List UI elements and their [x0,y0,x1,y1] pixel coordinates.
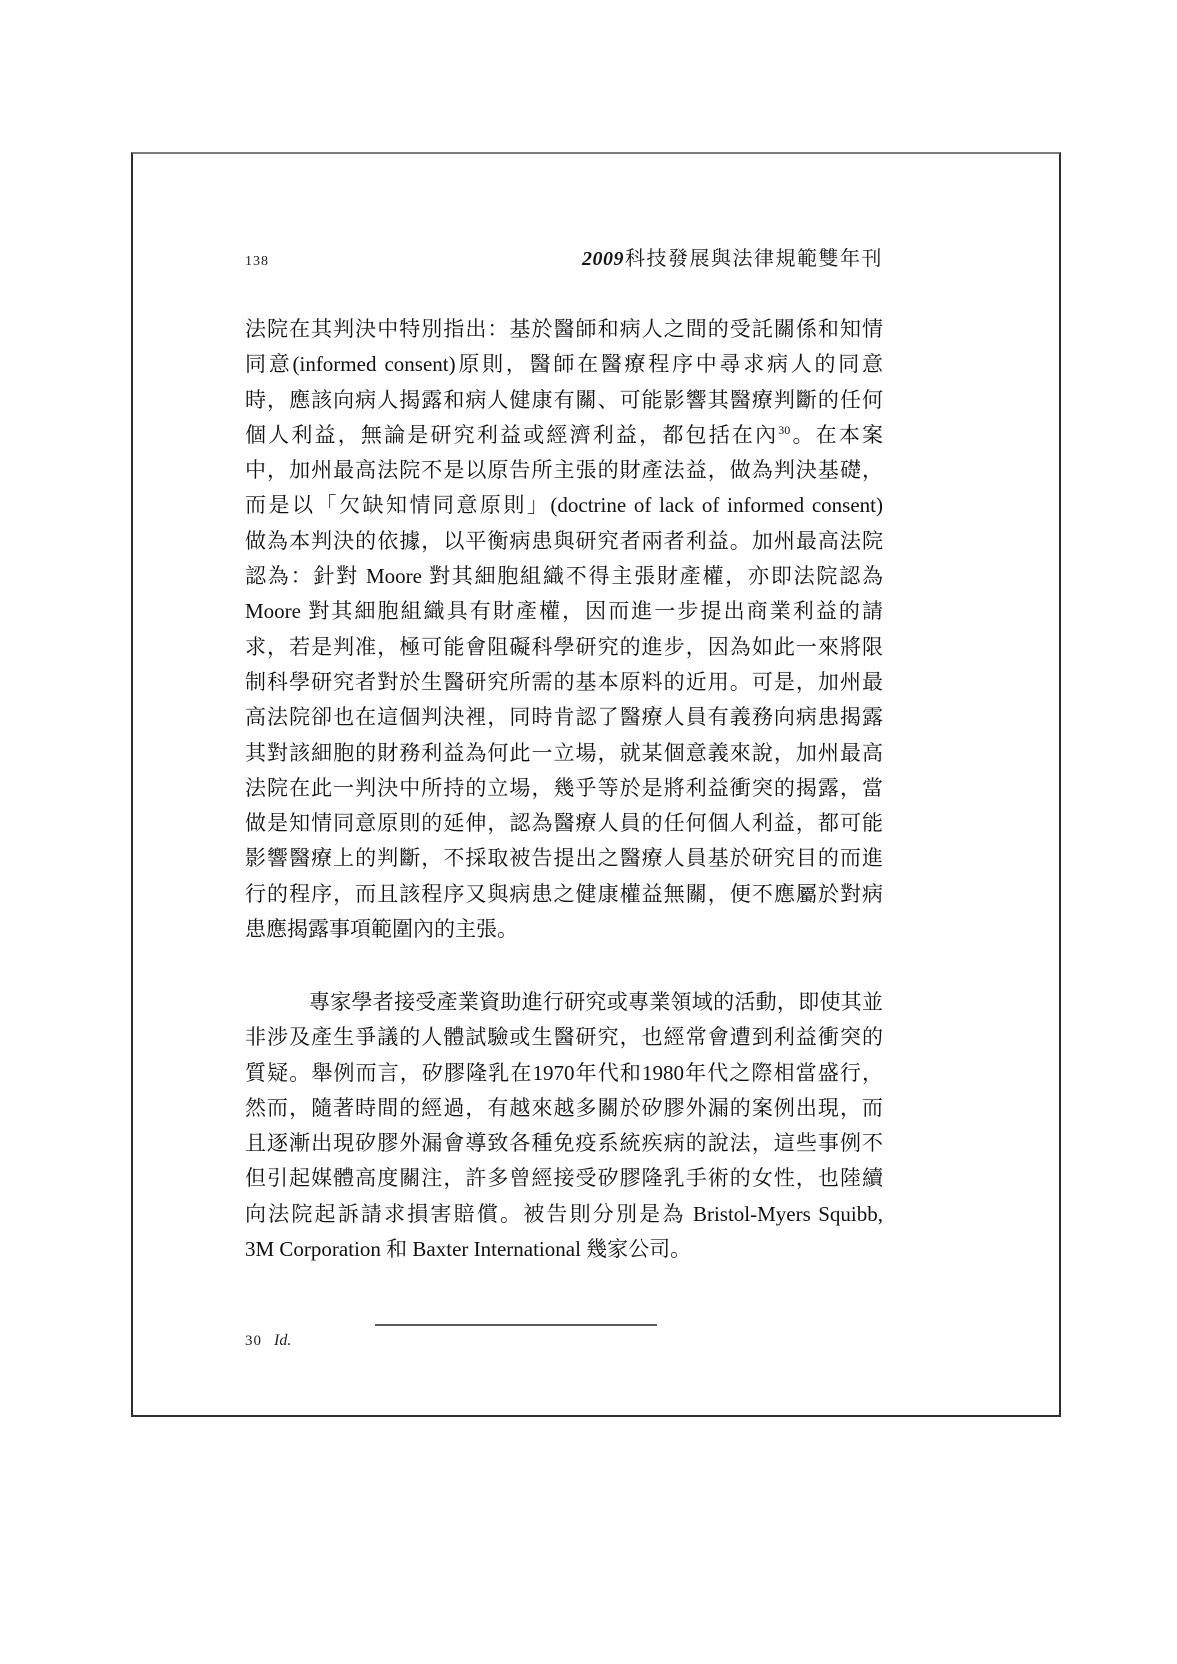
text-line: 做為本判決的依據，以平衡病患與研究者兩者利益。加州最高法院 [245,524,883,559]
text-line: 個人利益，無論是研究利益或經濟利益，都包括在內30。在本案 [245,418,883,453]
footnote-reference: 30 [778,423,790,437]
text-line: 高法院卻也在這個判決裡，同時肯認了醫療人員有義務向病患揭露 [245,700,883,735]
text-line: 且逐漸出現矽膠外漏會導致各種免疫系統疾病的說法，這些事例不 [245,1126,883,1161]
text-line: 做是知情同意原則的延伸，認為醫療人員的任何個人利益，都可能 [245,806,883,841]
text-line: 時，應該向病人揭露和病人健康有關、可能影響其醫療判斷的任何 [245,383,883,418]
text-line: 向法院起訴請求損害賠償。被告則分別是為 Bristol-Myers Squibb… [245,1197,883,1232]
text-line: 3M Corporation 和 Baxter International 幾家… [245,1232,883,1267]
footnote-text: Id. [274,1332,291,1349]
text-line: 患應揭露事項範圍內的主張。 [245,912,883,947]
text-line: 質疑。舉例而言，矽膠隆乳在1970年代和1980年代之際相當盛行， [245,1056,883,1091]
text-line: 然而，隨著時間的經過，有越來越多關於矽膠外漏的案例出現，而 [245,1091,883,1126]
text-line: 專家學者接受產業資助進行研究或專業領域的活動，即使其並 [245,985,883,1020]
text-line: 但引起媒體高度關注，許多曾經接受矽膠隆乳手術的女性，也陸續 [245,1161,883,1196]
text-line: 認為：針對 Moore 對其細胞組織不得主張財產權，亦即法院認為 [245,559,883,594]
text-line: 非涉及產生爭議的人體試驗或生醫研究，也經常會遭到利益衝突的 [245,1020,883,1055]
body-paragraph-2: 專家學者接受產業資助進行研究或專業領域的活動，即使其並非涉及產生爭議的人體試驗或… [245,985,883,1267]
text-line: 法院在此一判決中所持的立場，幾乎等於是將利益衝突的揭露，當 [245,771,883,806]
text-line: 法院在其判決中特別指出：基於醫師和病人之間的受託關係和知情 [245,312,883,347]
text-line: 中，加州最高法院不是以原告所主張的財產法益，做為判決基礎， [245,453,883,488]
footnote: 30Id. [245,1332,291,1350]
journal-header: 2009科技發展與法律規範雙年刊 [582,242,883,271]
journal-title-text: 科技發展與法律規範雙年刊 [625,248,883,270]
text-line: 行的程序，而且該程序又與病患之健康權益無關，便不應屬於對病 [245,877,883,912]
text-line: Moore 對其細胞組織具有財產權，因而進一步提出商業利益的請 [245,594,883,629]
text-line: 其對該細胞的財務利益為何此一立場，就某個意義來說，加州最高 [245,736,883,771]
page-number: 138 [245,254,269,270]
journal-year: 2009 [582,248,624,270]
footnote-marker: 30 [245,1333,262,1349]
text-line: 同意(informed consent)原則，醫師在醫療程序中尋求病人的同意 [245,347,883,382]
text-line: 求，若是判准，極可能會阻礙科學研究的進步，因為如此一來將限 [245,630,883,665]
footnote-separator [375,1324,657,1326]
text-line: 制科學研究者對於生醫研究所需的基本原料的近用。可是，加州最 [245,665,883,700]
body-paragraph-1: 法院在其判決中特別指出：基於醫師和病人之間的受託關係和知情同意(informed… [245,312,883,947]
page-border: 138 2009科技發展與法律規範雙年刊 法院在其判決中特別指出：基於醫師和病人… [131,152,1061,1417]
page-header: 138 2009科技發展與法律規範雙年刊 [245,242,883,271]
text-line: 而是以「欠缺知情同意原則」(doctrine of lack of inform… [245,488,883,523]
text-line: 影響醫療上的判斷，不採取被告提出之醫療人員基於研究目的而進 [245,841,883,876]
